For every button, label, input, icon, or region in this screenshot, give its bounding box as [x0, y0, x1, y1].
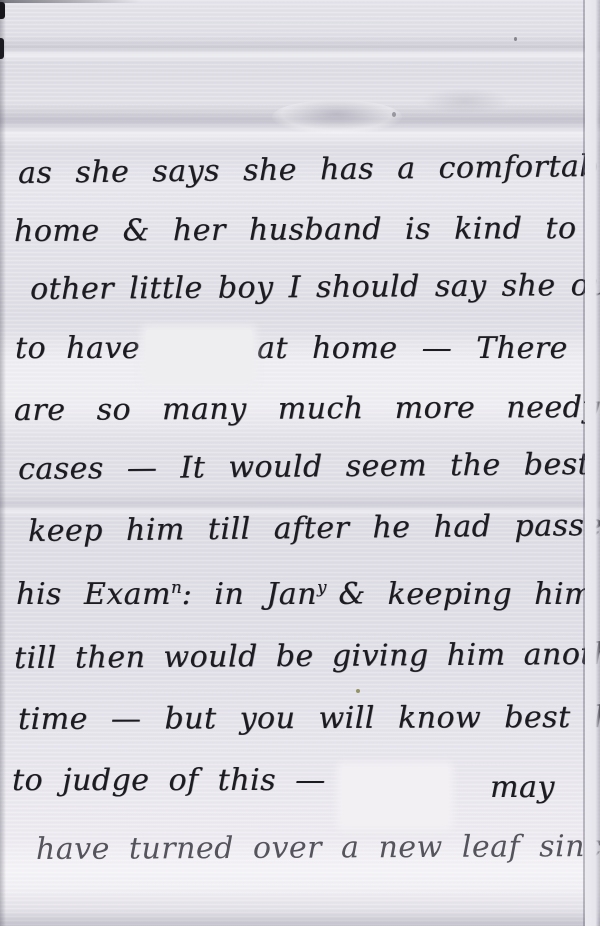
superscript-n: n	[171, 578, 182, 597]
top-edge-shadow	[0, 0, 140, 3]
handwriting-line-2: home & her husband is kind to the	[14, 211, 600, 249]
line-text: keep him till after he had passed	[28, 508, 600, 549]
left-edge-mark	[0, 2, 5, 19]
line-text: as she says she has a comfortable	[18, 149, 600, 191]
paper-wrinkle	[272, 100, 402, 134]
handwriting-line-9: till then would be giving him another	[14, 637, 600, 676]
left-edge-mark	[0, 38, 4, 59]
line-text-after-redaction: may	[490, 770, 555, 805]
line-text-after-redaction: at home — There	[257, 331, 568, 366]
redaction-box-line4	[146, 330, 252, 382]
paper-speck	[392, 112, 396, 117]
line-text: other little boy I should say she ought	[30, 268, 600, 307]
line-text: till then would be giving him another	[14, 637, 600, 676]
handwriting-line-1: as she says she has a comfortable	[18, 149, 600, 191]
superscript-y: y	[317, 578, 326, 597]
line-text: have turned over a new leaf since	[36, 829, 600, 867]
line-text: cases — It would seem the best to	[18, 447, 600, 487]
line-text: time — but you will know best how	[18, 700, 600, 737]
handwriting-line-12: have turned over a new leaf since	[36, 829, 600, 867]
handwriting-line-3: other little boy I should say she ought	[30, 268, 600, 307]
paper-speck	[356, 689, 360, 693]
handwriting-line-10: time — but you will know best how	[18, 700, 600, 737]
torn-left-edge	[0, 0, 6, 926]
paper-wrinkle	[420, 88, 510, 114]
paper-speck	[514, 37, 517, 41]
right-edge-crease	[583, 0, 585, 926]
right-page-edge-strip	[585, 0, 600, 926]
letter-page: as she says she has a comfortable home &…	[0, 0, 600, 926]
handwriting-line-6: cases — It would seem the best to	[18, 447, 600, 487]
line-text: home & her husband is kind to the	[14, 211, 600, 249]
handwriting-line-7: keep him till after he had passed	[28, 508, 600, 549]
bottom-edge-shadow	[0, 910, 600, 926]
redaction-box-line11	[342, 767, 448, 825]
line-text: & keeping him	[338, 577, 593, 612]
handwriting-line-8: his Examn: in Jany& keeping him	[16, 577, 593, 612]
line-text: his Exam	[16, 577, 171, 612]
line-text: : in Jan	[182, 577, 317, 612]
handwriting-line-5: are so many much more needy	[14, 390, 600, 428]
fold-crease-top	[0, 36, 600, 62]
line-text: are so many much more needy	[14, 390, 600, 428]
